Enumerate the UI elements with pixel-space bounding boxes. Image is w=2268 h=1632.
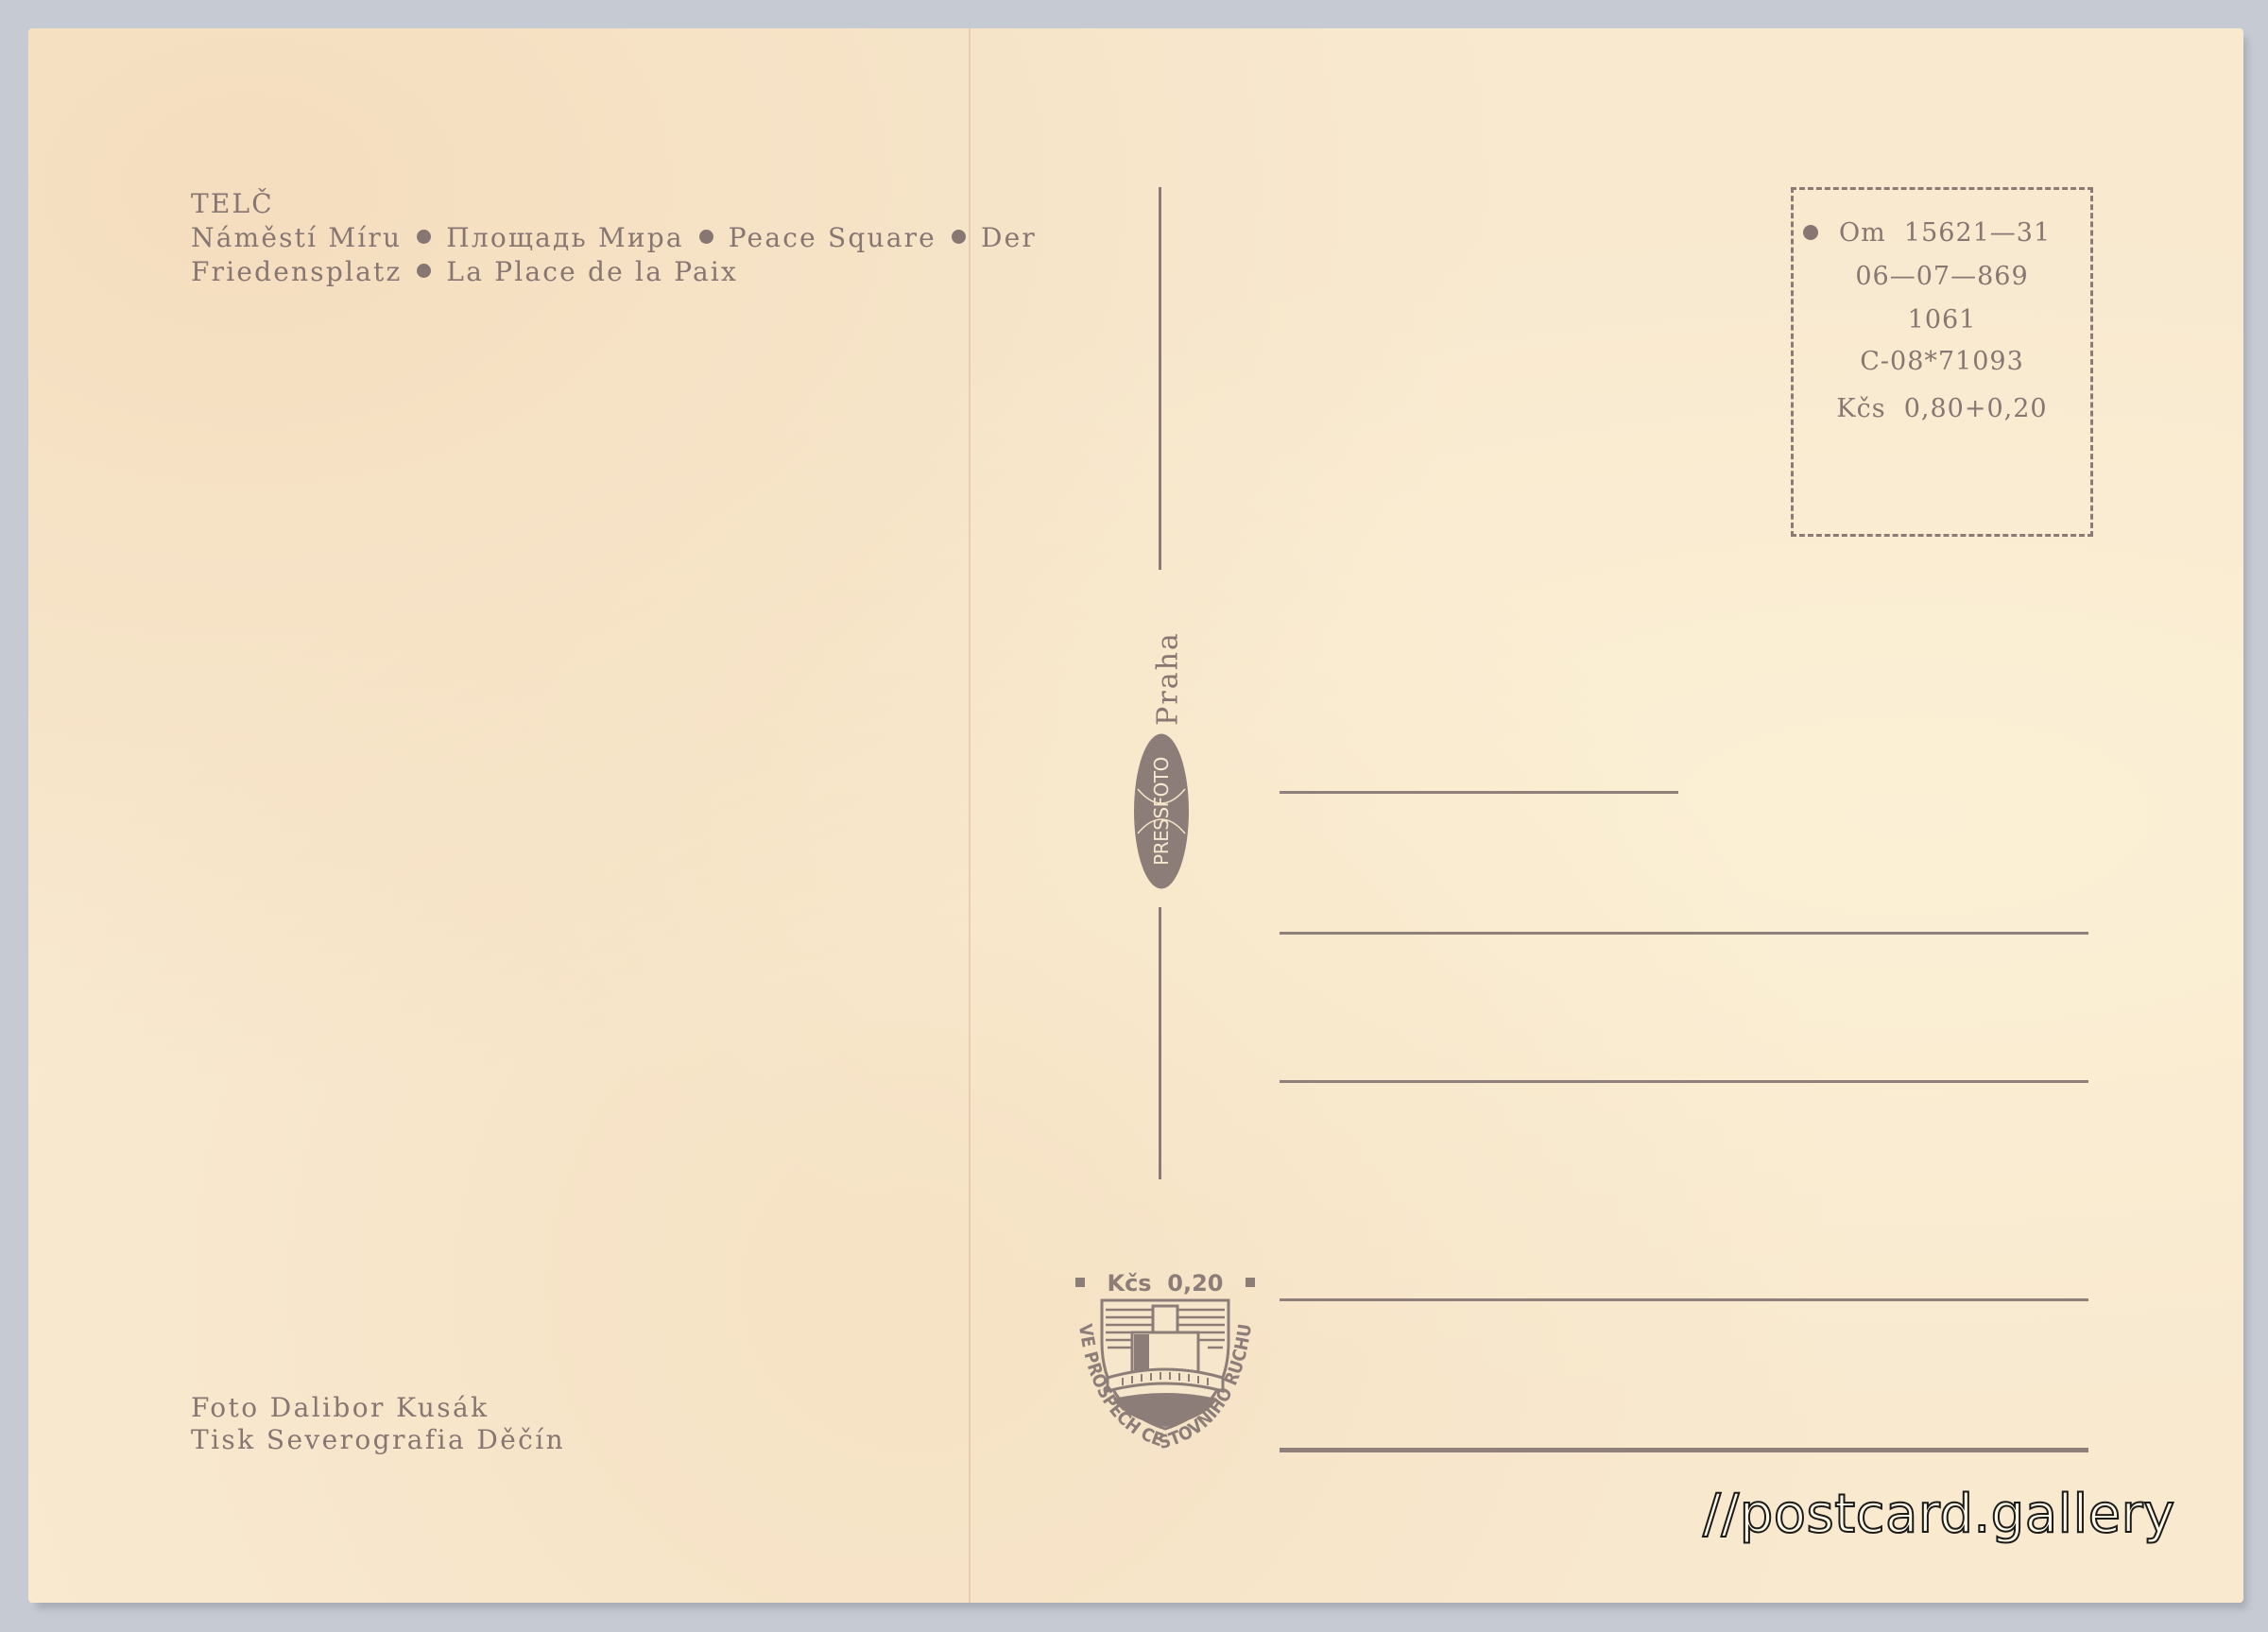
publisher-city-block: Praha [1140,624,1196,732]
caption-line-2: FriedensplatzLa Place de la Paix [191,255,1037,289]
caption-french: La Place de la Paix [446,256,738,287]
imprint-code: Om 15621—31 [1839,218,2051,248]
address-line-1 [1280,791,1678,794]
address-line-4 [1280,1298,2088,1301]
caption-title: TELČ [191,187,1037,221]
caption-english: Peace Square [729,222,936,253]
bullet-icon [417,230,431,244]
caption-russian: Площадь Мира [446,222,684,253]
watermark: //postcard.gallery [1703,1484,2175,1545]
bullet-icon [1803,225,1818,240]
imprint-price: Kčs 0,80+0,20 [1794,394,2090,423]
imprint-box: Om 15621—31 06—07—869 1061 C-08*71093 Kč… [1791,187,2093,537]
print-credit: Tisk Severografia Děčín [191,1424,565,1456]
address-line-5 [1280,1448,2088,1452]
bullet-icon [952,230,966,244]
postcard-back: TELČ Náměstí MíruПлощадь МираPeace Squar… [28,28,2243,1603]
photo-credit: Foto Dalibor Kusák [191,1392,565,1424]
caption-line-1: Náměstí MíruПлощадь МираPeace SquareDer [191,221,1037,255]
bullet-icon [699,230,713,244]
caption-czech: Náměstí Míru [191,222,402,253]
caption-german-end: Friedensplatz [191,256,402,287]
pressfoto-logo-icon: PRESSFOTO [1132,732,1191,890]
address-line-3 [1280,1080,2088,1083]
caption-block: TELČ Náměstí MíruПлощадь МираPeace Squar… [191,187,1037,289]
svg-text:PRESSFOTO: PRESSFOTO [1150,757,1173,866]
caption-german-start: Der [981,222,1037,253]
imprint-row-2: 06—07—869 [1794,262,2090,291]
address-line-2 [1280,932,2088,935]
publisher-city: Praha [1152,631,1185,726]
divider-lower [1159,907,1161,1179]
svg-text:Kčs 0,20: Kčs 0,20 [1107,1270,1223,1297]
credits-block: Foto Dalibor Kusák Tisk Severografia Děč… [191,1392,565,1456]
divider-upper [1159,187,1161,570]
imprint-row-4: C-08*71093 [1794,347,2090,376]
imprint-row-1: Om 15621—31 [1794,218,2100,248]
imprint-row-3: 1061 [1794,305,2090,335]
castle-shield-icon: Kčs 0,20 VE PROSPĚCH CESTOVNÍHO RUCHU [1066,1266,1264,1455]
bullet-icon [417,264,431,278]
